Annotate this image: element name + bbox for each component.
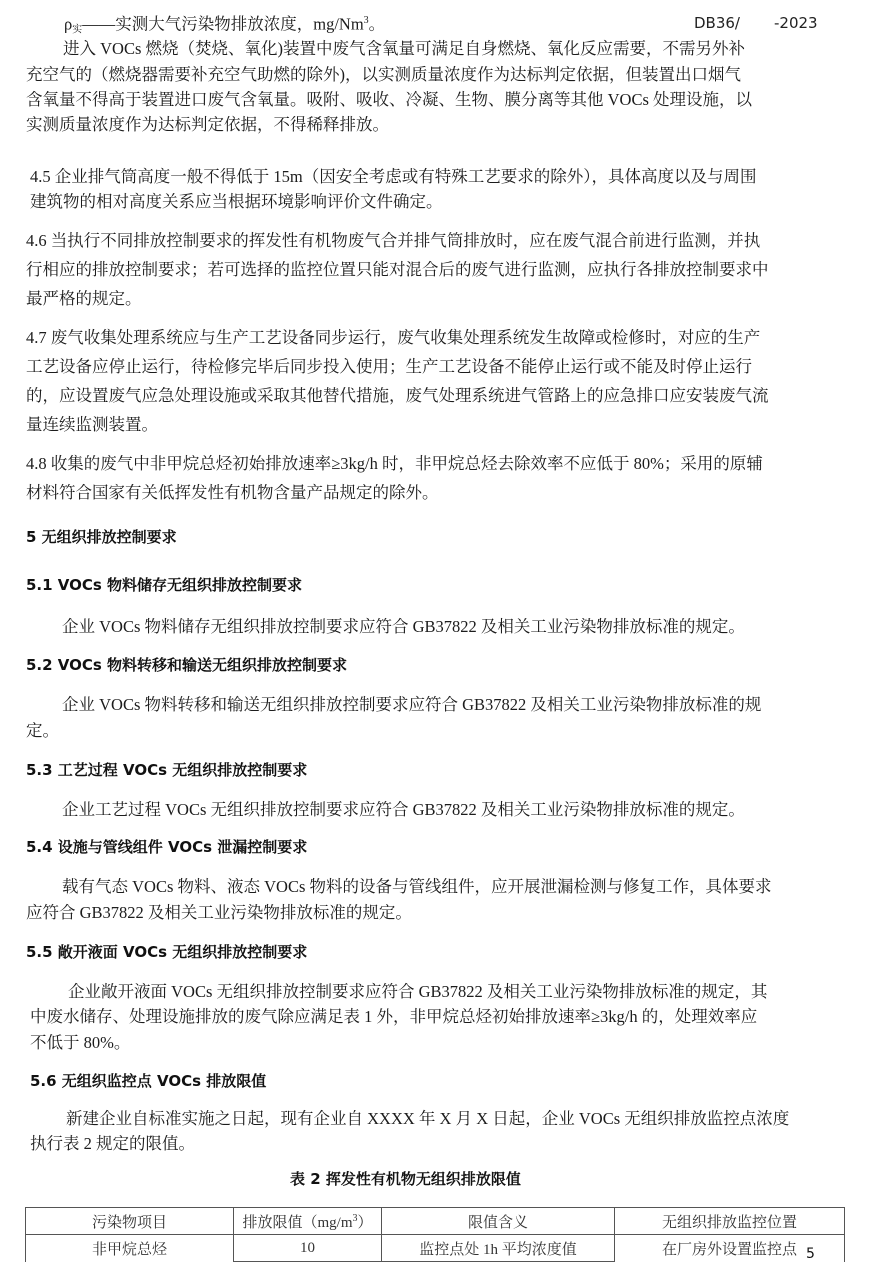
document-code-header: DB36/-2023: [694, 14, 818, 32]
section-5-2-body-line-2: 定。: [26, 718, 59, 743]
table-header-row: 污染物项目 排放限值（mg/m3） 限值含义 无组织排放监控位置: [26, 1208, 845, 1235]
clause-4-6-line-2: 行相应的排放控制要求；若可选择的监控位置只能对混合后的废气进行监测，应执行各排放…: [26, 257, 769, 282]
rho-definition-end: 。: [369, 15, 386, 34]
cell-pollutant: 非甲烷总烃: [26, 1235, 234, 1262]
header-emission-limit-text: 排放限值（mg/m: [242, 1215, 352, 1231]
rho-subscript: 实: [72, 25, 82, 36]
section-5-3-heading: 5.3 工艺过程 VOCs 无组织排放控制要求: [26, 759, 307, 780]
table-2-title: 表 2 挥发性有机物无组织排放限值: [290, 1168, 521, 1189]
clause-4-8-line-1: 4.8 收集的废气中非甲烷总烃初始排放速率≥3kg/h 时，非甲烷总烃去除效率不…: [26, 451, 763, 476]
section-5-4-body-line-1: 载有气态 VOCs 物料、液态 VOCs 物料的设备与管线组件，应开展泄漏检测与…: [62, 874, 772, 899]
clause-4-7-line-3: 的，应设置废气应急处理设施或采取其他替代措施，废气处理系统进气管路上的应急排口应…: [26, 383, 769, 408]
doc-code-year: -2023: [774, 14, 818, 32]
section-5-3-body: 企业工艺过程 VOCs 无组织排放控制要求应符合 GB37822 及相关工业污染…: [62, 797, 745, 822]
section-5-6-body-line-1: 新建企业自标准实施之日起，现有企业自 XXXX 年 X 月 X 日起，企业 VO…: [66, 1106, 789, 1131]
section-5-5-heading: 5.5 敞开液面 VOCs 无组织排放控制要求: [26, 941, 307, 962]
clause-4-7-line-1: 4.7 废气收集处理系统应与生产工艺设备同步运行，废气收集处理系统发生故障或检修…: [26, 325, 760, 350]
rho-definition-text: ——实测大气污染物排放浓度，mg/Nm: [82, 15, 363, 34]
combustion-para-line-3: 含氧量不得高于装置进口废气含氧量。吸附、吸收、冷凝、生物、膜分离等其他 VOCs…: [26, 87, 752, 112]
clause-4-7-line-2: 工艺设备应停止运行，待检修完毕后同步投入使用；生产工艺设备不能停止运行或不能及时…: [26, 354, 752, 379]
header-emission-limit-close: ）: [358, 1215, 373, 1231]
section-5-6-body-line-2: 执行表 2 规定的限值。: [30, 1131, 195, 1156]
table-2-emission-limits: 污染物项目 排放限值（mg/m3） 限值含义 无组织排放监控位置 非甲烷总烃 1…: [25, 1207, 845, 1262]
section-5-1-heading: 5.1 VOCs 物料储存无组织排放控制要求: [26, 574, 302, 595]
section-5-5-body-line-2: 中废水储存、处理设施排放的废气除应满足表 1 外，非甲烷总烃初始排放速率≥3kg…: [30, 1004, 757, 1029]
clause-4-5-line-2: 建筑物的相对高度关系应当根据环境影响评价文件确定。: [30, 189, 443, 214]
cell-limit-value: 10: [234, 1235, 382, 1262]
clause-4-8-line-2: 材料符合国家有关低挥发性有机物含量产品规定的除外。: [26, 480, 439, 505]
header-monitoring-location: 无组织排放监控位置: [615, 1208, 845, 1235]
combustion-para-line-4: 实测质量浓度作为达标判定依据，不得稀释排放。: [26, 112, 389, 137]
cell-limit-meaning: 监控点处 1h 平均浓度值: [382, 1235, 615, 1262]
section-5-2-body-line-1: 企业 VOCs 物料转移和输送无组织排放控制要求应符合 GB37822 及相关工…: [62, 692, 761, 717]
combustion-para-line-1: 进入 VOCs 燃烧（焚烧、氧化)装置中废气含氧量可满足自身燃烧、氧化反应需要，…: [63, 36, 745, 61]
clause-4-6-line-1: 4.6 当执行不同排放控制要求的挥发性有机物废气合并排气筒排放时，应在废气混合前…: [26, 228, 760, 253]
section-5-1-body: 企业 VOCs 物料储存无组织排放控制要求应符合 GB37822 及相关工业污染…: [62, 614, 745, 639]
doc-code-prefix: DB36/: [694, 14, 740, 32]
section-5-4-heading: 5.4 设施与管线组件 VOCs 泄漏控制要求: [26, 836, 307, 857]
clause-4-5-line-1: 4.5 企业排气筒高度一般不得低于 15m（因安全考虑或有特殊工艺要求的除外），…: [30, 164, 756, 189]
combustion-para-line-2: 充空气的（燃烧器需要补充空气助燃的除外)，以实测质量浓度作为达标判定依据，但装置…: [26, 62, 741, 87]
rho-symbol: ρ: [64, 15, 72, 34]
section-5-5-body-line-3: 不低于 80%。: [30, 1030, 130, 1055]
section-5-2-heading: 5.2 VOCs 物料转移和输送无组织排放控制要求: [26, 654, 347, 675]
page-number: 5: [806, 1246, 815, 1262]
section-5-6-heading: 5.6 无组织监控点 VOCs 排放限值: [30, 1070, 266, 1091]
header-pollutant-item: 污染物项目: [26, 1208, 234, 1235]
table-row: 非甲烷总烃 10 监控点处 1h 平均浓度值 在厂房外设置监控点: [26, 1235, 845, 1262]
header-limit-meaning: 限值含义: [382, 1208, 615, 1235]
header-emission-limit: 排放限值（mg/m3）: [234, 1208, 382, 1235]
clause-4-6-line-3: 最严格的规定。: [26, 286, 142, 311]
section-5-4-body-line-2: 应符合 GB37822 及相关工业污染物排放标准的规定。: [26, 900, 412, 925]
section-5-heading: 5 无组织排放控制要求: [26, 526, 177, 547]
clause-4-7-line-4: 量连续监测装置。: [26, 412, 158, 437]
section-5-5-body-line-1: 企业敞开液面 VOCs 无组织排放控制要求应符合 GB37822 及相关工业污染…: [68, 979, 767, 1004]
